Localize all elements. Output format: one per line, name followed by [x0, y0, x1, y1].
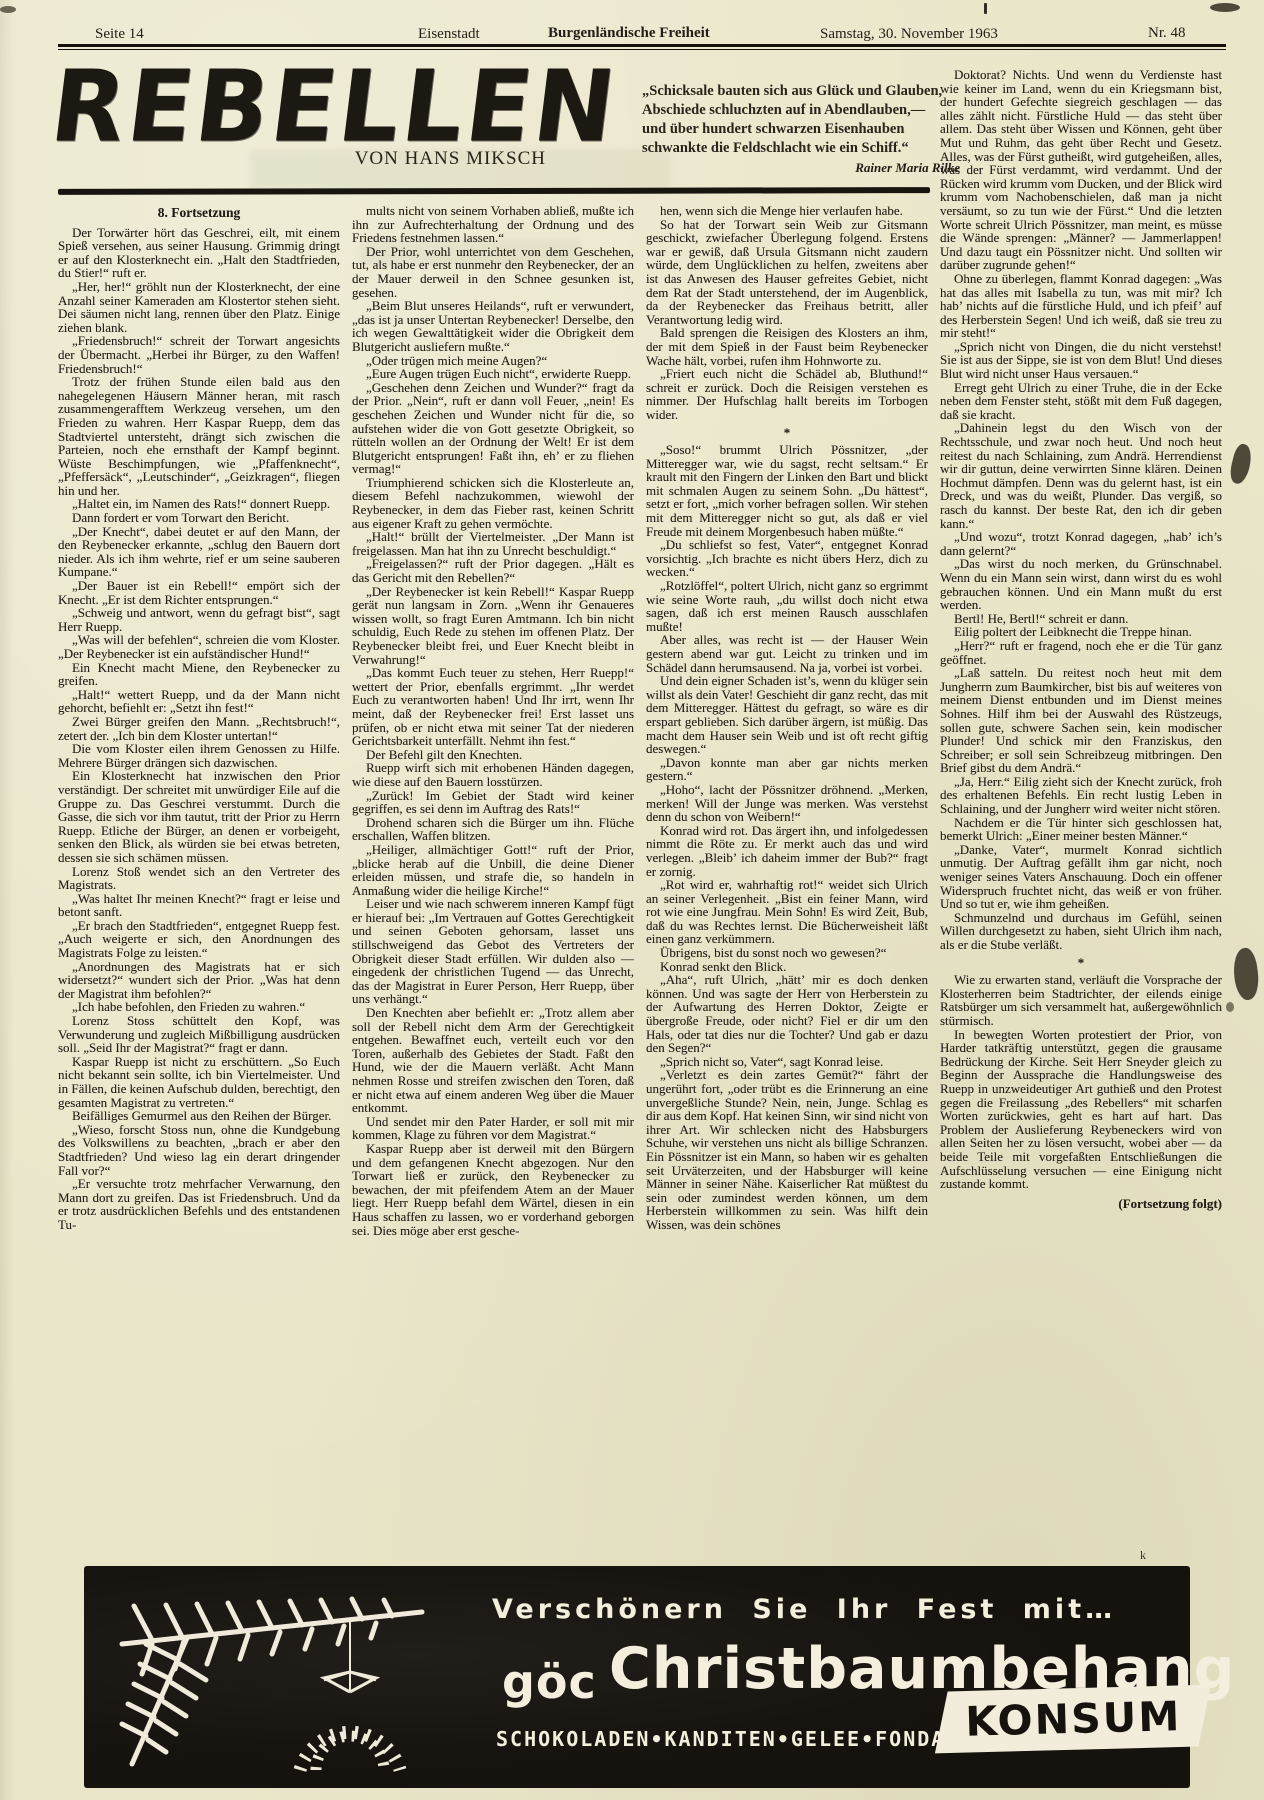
- story-paragraph: „Was haltet Ihr meinen Knecht?“ fragt er…: [58, 892, 340, 919]
- goec-logo: göc: [502, 1650, 597, 1709]
- story-paragraph: „Dahinein legst du den Wisch von der Rec…: [940, 421, 1222, 530]
- date-label: Samstag, 30. November 1963: [820, 26, 998, 43]
- story-paragraph: „Davon konnte man aber gar nichts merken…: [646, 756, 928, 783]
- story-paragraph: „Halt!“ brüllt der Viertelmeister. „Der …: [352, 530, 634, 557]
- story-paragraph: „Und wozu“, trotzt Konrad dagegen, „hab’…: [940, 530, 1222, 557]
- story-paragraph: „Heiliger, allmächtiger Gott!“ ruft der …: [352, 843, 634, 897]
- story-paragraph: „Aha“, ruft Ulrich, „hätt’ mir es doch d…: [646, 973, 928, 1055]
- story-paragraph: Bald sprengen die Reisigen des Klosters …: [646, 326, 928, 367]
- story-paragraph: mults nicht von seinem Vorhaben abließ, …: [352, 204, 634, 245]
- installment-heading: 8. Fortsetzung: [58, 206, 340, 220]
- story-paragraph: „Haltet ein, im Namen des Rats!“ donnert…: [58, 497, 340, 511]
- story-paragraph: Den Knechten aber befiehlt er: „Trotz al…: [352, 1006, 634, 1115]
- story-paragraph: Ruepp wirft sich mit erhobenen Händen da…: [352, 761, 634, 788]
- story-paragraph: „Friedensbruch!“ schreit der Torwart ang…: [58, 334, 340, 375]
- story-paragraph: Leiser und wie nach schwerem inneren Kam…: [352, 897, 634, 1006]
- story-paragraph: Der Prior, wohl unterrichtet von dem Ges…: [352, 245, 634, 299]
- ink-smudge: [0, 6, 16, 13]
- konsum-brand: KONSUM: [964, 1692, 1181, 1745]
- story-paragraph: „Rotzlöffel“, poltert Ulrich, nicht ganz…: [646, 579, 928, 633]
- story-paragraph: Konrad senkt den Blick.: [646, 960, 928, 974]
- issue-number: Nr. 48: [1148, 25, 1186, 42]
- story-paragraph: Und dein eigner Schaden ist’s, wenn du k…: [646, 674, 928, 756]
- story-paragraph: „Rot wird er, wahrhaftig rot!“ weidet si…: [646, 878, 928, 946]
- konsum-ad[interactable]: Verschönern Sie Ihr Fest mit… göc Christ…: [84, 1566, 1190, 1788]
- story-paragraph: „Du schliefst so fest, Vater“, entgegnet…: [646, 538, 928, 579]
- story-paragraph: In bewegten Worten protestiert der Prior…: [940, 1028, 1222, 1191]
- story-paragraph: „Verletzt es dein zartes Gemüt?“ fährt d…: [646, 1068, 928, 1231]
- story-paragraph: „Her, her!“ gröhlt nun der Klosterknecht…: [58, 280, 340, 334]
- margin-ink-mark: [1230, 947, 1261, 1002]
- ad-product-list: SCHOKOLADEN•KANDITEN•GELEE•FONDANT: [496, 1727, 973, 1751]
- story-paragraph: Der Befehl gilt den Knechten.: [352, 748, 634, 762]
- story-paragraph: Konrad wird rot. Das ärgert ihn, und inf…: [646, 824, 928, 878]
- story-paragraph: So hat der Torwart sein Weib zur Gitsman…: [646, 218, 928, 327]
- story-paragraph: „Schweig und antwort, wenn du gefragt bi…: [58, 606, 340, 633]
- story-paragraph: „Danke, Vater“, murmelt Konrad sichtlich…: [940, 843, 1222, 911]
- epigraph-line: „Schicksale bauten sich aus Glück und Gl…: [642, 82, 982, 101]
- story-paragraph: „Der Bauer ist ein Rebell!“ empört sich …: [58, 579, 340, 606]
- story-paragraph: Ein Klosterknecht hat inzwischen den Pri…: [58, 769, 340, 864]
- epigraph-attribution: Rainer Maria Rilke: [660, 160, 960, 176]
- story-paragraph: Nachdem er die Tür hinter sich geschloss…: [940, 816, 1222, 843]
- story-paragraph: Eilig poltert der Leibknecht die Treppe …: [940, 625, 1222, 639]
- story-paragraph: „Friert euch nicht die Schädel ab, Bluth…: [646, 367, 928, 421]
- story-paragraph: „Was will der befehlen“, schreien die vo…: [58, 633, 340, 660]
- page-number-label: Seite 14: [95, 26, 144, 43]
- story-column-2: mults nicht von seinem Vorhaben abließ, …: [352, 204, 634, 1554]
- city-label: Eisenstadt: [418, 26, 480, 43]
- story-paragraph: Ohne zu überlegen, flammt Konrad dagegen…: [940, 272, 1222, 340]
- story-paragraph: „Das wirst du noch merken, du Grünschnab…: [940, 557, 1222, 611]
- story-paragraph: „Er brach den Stadtfrieden“, entgegnet R…: [58, 919, 340, 960]
- story-paragraph: Kaspar Ruepp ist nicht zu erschüttern. „…: [58, 1055, 340, 1109]
- story-paragraph: Beifälliges Gemurmel aus den Reihen der …: [58, 1109, 340, 1123]
- epigraph-line: schwankte die Feldschlacht wie ein Schif…: [642, 139, 982, 158]
- story-paragraph: Ein Knecht macht Miene, den Reybenecker …: [58, 661, 340, 688]
- story-paragraph: hen, wenn sich die Menge hier verlaufen …: [646, 204, 928, 218]
- story-paragraph: „Der Knecht“, dabei deutet er auf den Ma…: [58, 525, 340, 579]
- story-paragraph: Bertl! He, Bertl!“ schreit er dann.: [940, 612, 1222, 626]
- ink-speck: [984, 3, 987, 14]
- continuation-note: (Fortsetzung folgt): [940, 1197, 1222, 1211]
- story-paragraph: Der Torwärter hört das Geschrei, eilt, m…: [58, 226, 340, 280]
- story-paragraph: Kaspar Ruepp aber ist derweil mit den Bü…: [352, 1142, 634, 1237]
- story-column-4: Doktorat? Nichts. Und wenn du Verdienste…: [940, 68, 1222, 1554]
- story-paragraph: „Laß satteln. Du reitest noch heut mit d…: [940, 666, 1222, 775]
- story-paragraph: „Sprich nicht so, Vater“, sagt Konrad le…: [646, 1055, 928, 1069]
- ad-headline: Verschönern Sie Ihr Fest mit…: [492, 1594, 1092, 1625]
- newspaper-page: Seite 14 Eisenstadt Burgenländische Frei…: [0, 0, 1264, 1800]
- story-paragraph: „Wieso, forscht Stoss nun, ohne die Kund…: [58, 1123, 340, 1177]
- fir-branch-graphic: [92, 1574, 522, 1780]
- epigraph-line: Abschiede schluchzten auf in Abendlauben…: [642, 101, 982, 120]
- story-paragraph: Zwei Bürger greifen den Mann. „Rechtsbru…: [58, 715, 340, 742]
- masthead-rule-thick: [58, 44, 1226, 47]
- section-separator: *: [940, 956, 1222, 970]
- story-paragraph: „Beim Blut unseres Heilands“, ruft er ve…: [352, 299, 634, 353]
- story-paragraph: „Freigelassen?“ ruft der Prior dagegen. …: [352, 557, 634, 584]
- paper-name: Burgenländische Freiheit: [548, 25, 710, 42]
- margin-ink-mark: [1227, 442, 1254, 485]
- print-bleedthrough: [250, 150, 670, 190]
- story-paragraph: „Sprich nicht von Dingen, die du nicht v…: [940, 340, 1222, 381]
- story-paragraph: „Oder trügen mich meine Augen?“: [352, 354, 634, 368]
- epigraph-line: und über hundert schwarzen Eisenhauben: [642, 120, 982, 139]
- story-paragraph: Erregt geht Ulrich zu einer Truhe, die i…: [940, 381, 1222, 422]
- story-paragraph: Trotz der frühen Stunde eilen bald aus d…: [58, 375, 340, 497]
- story-paragraph: „Eure Augen trügen Euch nicht“, erwidert…: [352, 367, 634, 381]
- story-paragraph: „Er versuchte trotz mehrfacher Verwarnun…: [58, 1177, 340, 1231]
- story-paragraph: „Ich habe befohlen, den Frieden zu wahre…: [58, 1000, 340, 1014]
- epigraph-lines: „Schicksale bauten sich aus Glück und Gl…: [642, 82, 982, 158]
- story-paragraph: „Herr?“ ruft er fragend, noch ehe er die…: [940, 639, 1222, 666]
- pencil-mark: k: [1140, 1548, 1146, 1563]
- story-paragraph: „Halt!“ wettert Ruepp, und da der Mann n…: [58, 688, 340, 715]
- story-paragraph: „Zurück! Im Gebiet der Stadt wird keiner…: [352, 789, 634, 816]
- story-paragraph: Lorenz Stoß wendet sich an den Vertreter…: [58, 865, 340, 892]
- ink-smudge: [1210, 3, 1240, 12]
- story-paragraph: „Das kommt Euch teuer zu stehen, Herr Ru…: [352, 666, 634, 748]
- story-paragraph: Dann fordert er vom Torwart den Bericht.: [58, 511, 340, 525]
- story-paragraph: Drohend scharen sich die Bürger um ihn. …: [352, 816, 634, 843]
- story-paragraph: Und sendet mir den Pater Harder, er soll…: [352, 1115, 634, 1142]
- story-paragraph: „Der Reybenecker ist kein Rebell!“ Kaspa…: [352, 585, 634, 667]
- section-separator: *: [646, 426, 928, 440]
- story-paragraph: Schmunzelnd und durchaus im Gefühl, sein…: [940, 911, 1222, 952]
- ink-speck: [1226, 1002, 1234, 1012]
- story-paragraph: Lorenz Stoss schüttelt den Kopf, was Ver…: [58, 1014, 340, 1055]
- story-paragraph: „Geschehen denn Zeichen und Wunder?“ fra…: [352, 381, 634, 476]
- story-paragraph: „Soso!“ brummt Ulrich Pössnitzer, „der M…: [646, 443, 928, 538]
- story-paragraph: Triumphierend schicken sich die Klosterl…: [352, 476, 634, 530]
- story-paragraph: Doktorat? Nichts. Und wenn du Verdienste…: [940, 68, 1222, 272]
- story-paragraph: Aber alles, was recht ist — der Hauser W…: [646, 633, 928, 674]
- story-column-3: hen, wenn sich die Menge hier verlaufen …: [646, 204, 928, 1554]
- story-paragraph: Wie zu erwarten stand, verläuft die Vors…: [940, 973, 1222, 1027]
- story-paragraph: Übrigens, bist du sonst noch wo gewesen?…: [646, 946, 928, 960]
- konsum-banner: KONSUM: [935, 1685, 1211, 1754]
- story-paragraph: Die vom Kloster eilen ihrem Genossen zu …: [58, 742, 340, 769]
- story-paragraph: „Ja, Herr.“ Eilig zieht sich der Knecht …: [940, 775, 1222, 816]
- story-paragraph: „Hoho“, lacht der Pössnitzer dröhnend. „…: [646, 783, 928, 824]
- story-column-1: 8. FortsetzungDer Torwärter hört das Ges…: [58, 204, 340, 1554]
- story-paragraph: „Anordnungen des Magistrats hat er sich …: [58, 960, 340, 1001]
